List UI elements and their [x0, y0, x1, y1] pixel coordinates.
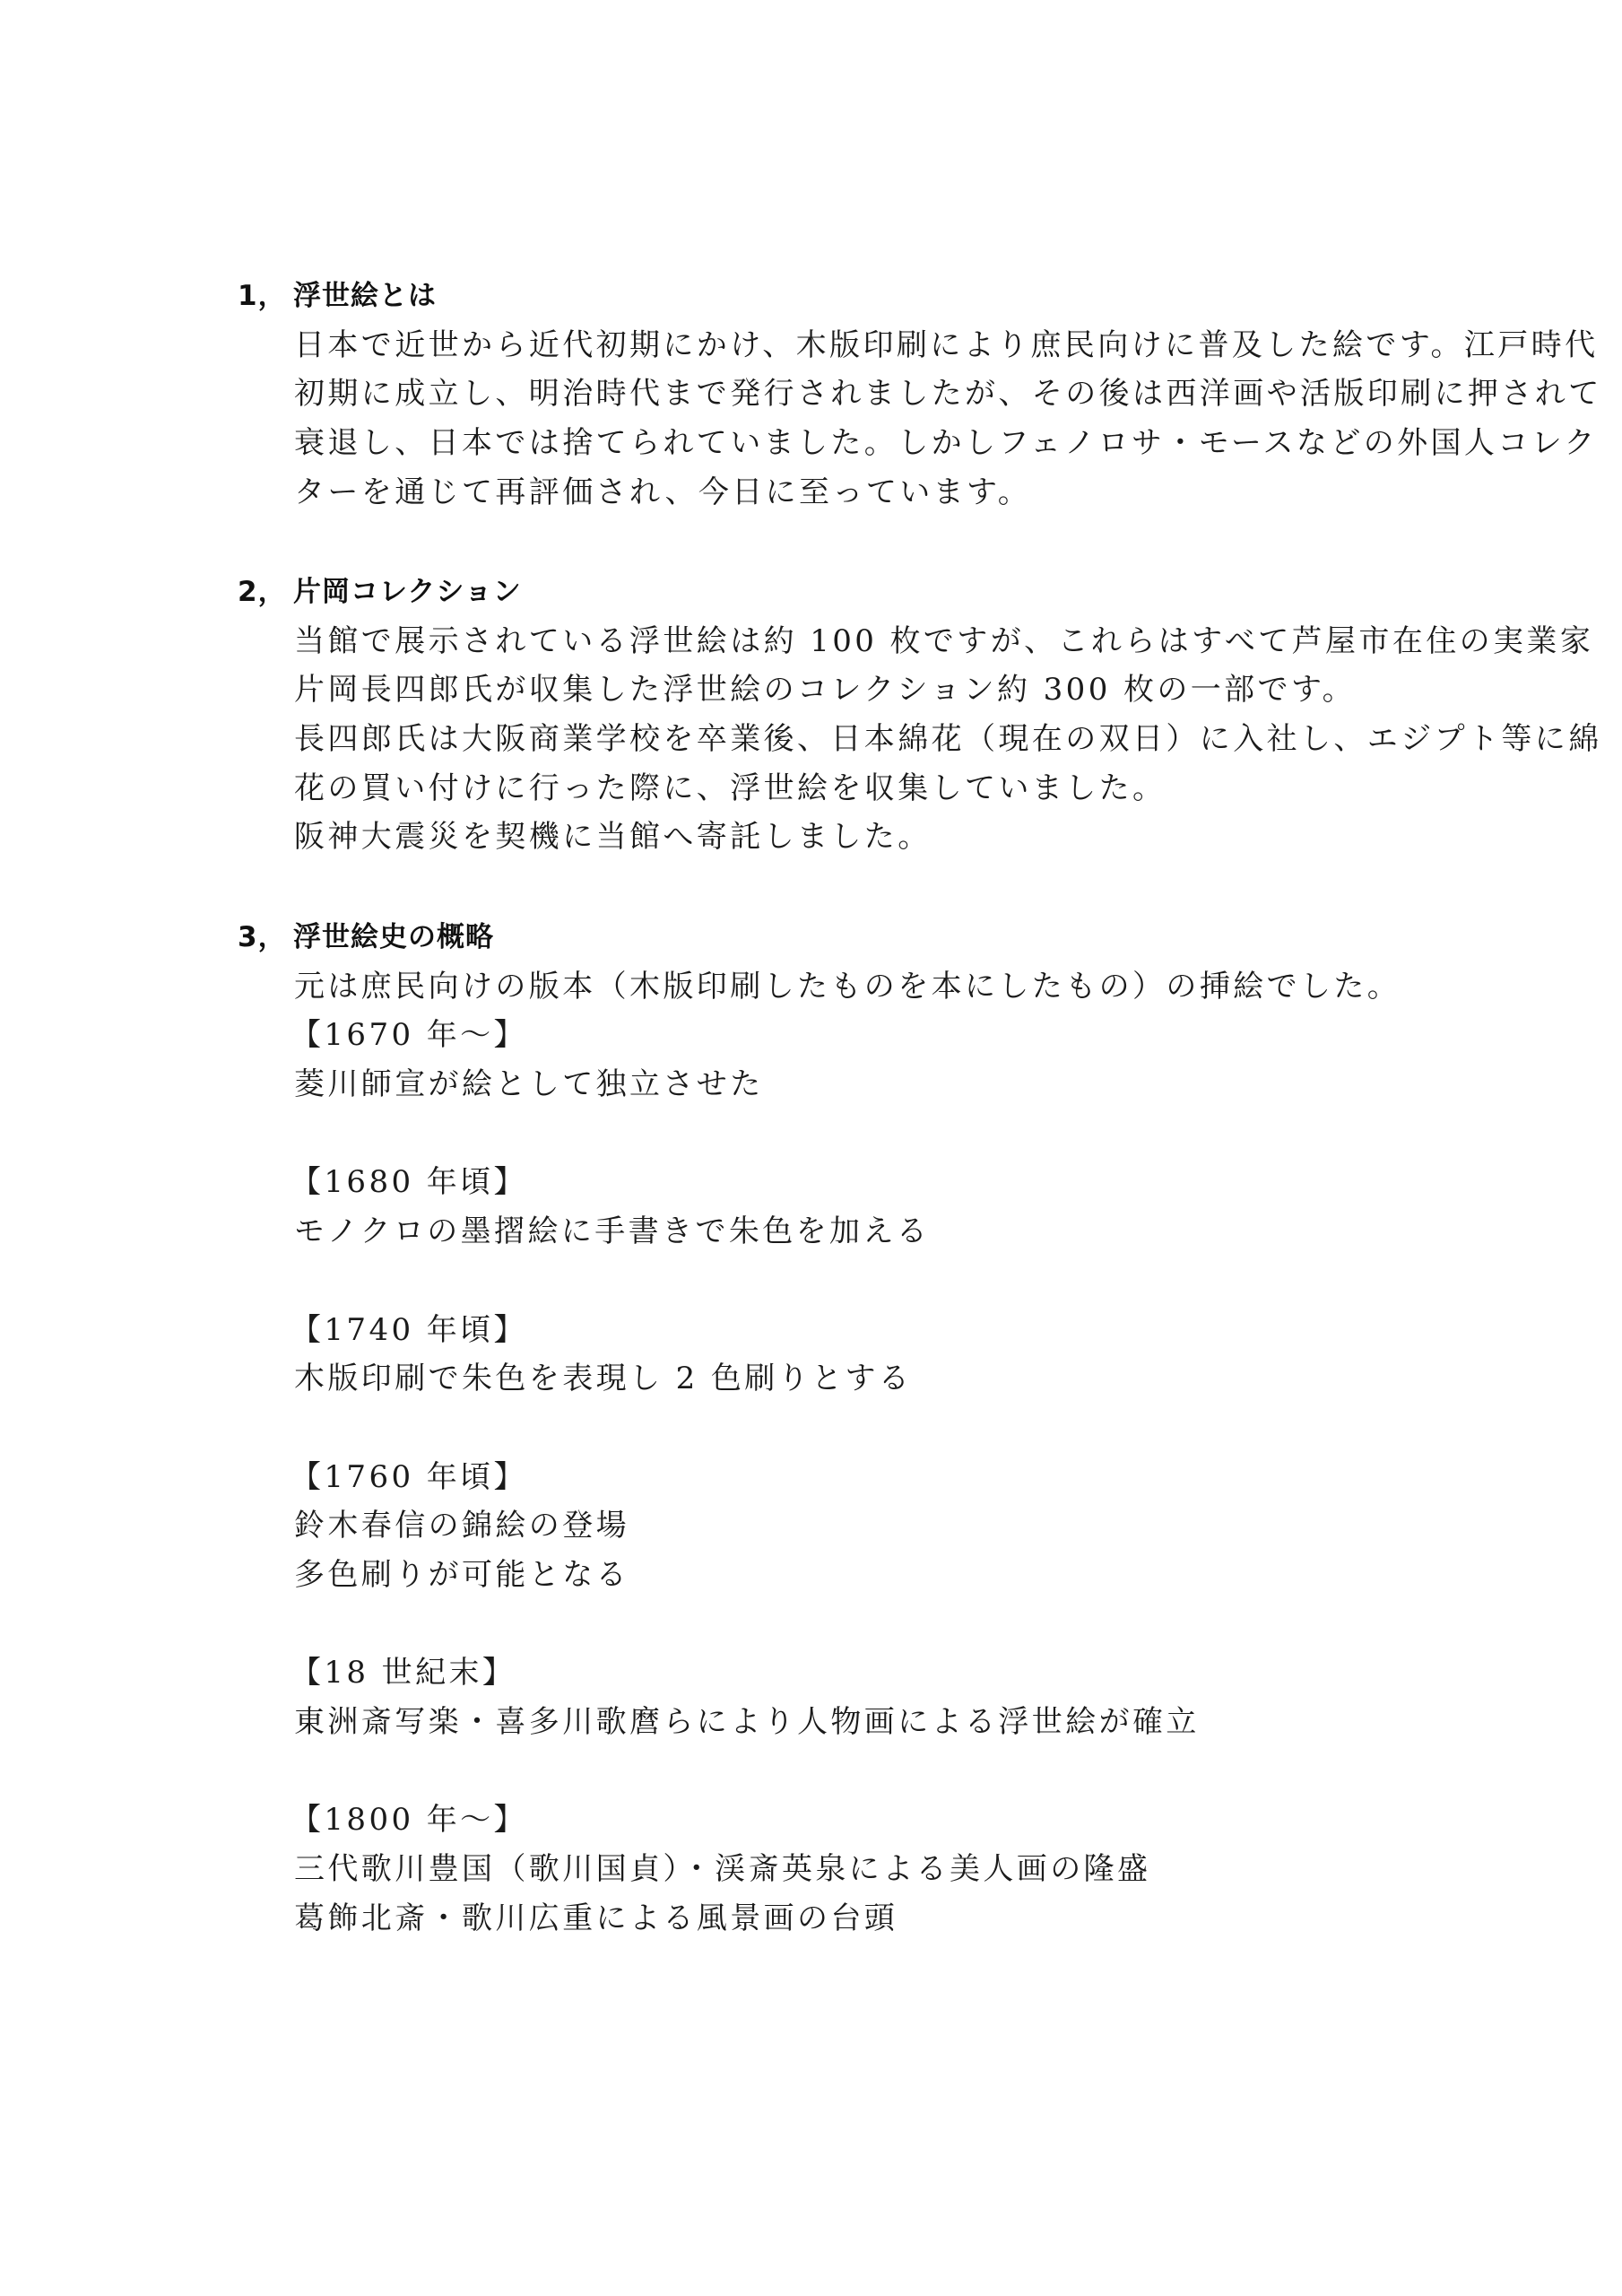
paragraph-line: 衰退し、日本では捨てられていました。しかしフェノロサ・モースなどの外国人コレク: [294, 419, 1392, 468]
timeline-era: 【1740 年頃】: [291, 1306, 1392, 1355]
timeline-event: 三代歌川豊国（歌川国貞）・渓斎英泉による美人画の隆盛: [294, 1845, 1392, 1894]
paragraph-line: 片岡長四郎氏が収集した浮世絵のコレクション約 300 枚の一部です。: [294, 665, 1392, 715]
paragraph-line: 花の買い付けに行った際に、浮世絵を収集していました。: [294, 764, 1392, 813]
paragraph-line: 阪神大震災を契機に当館へ寄託しました。: [294, 813, 1392, 862]
timeline-era: 【1800 年～】: [291, 1796, 1392, 1845]
spacer: [294, 1600, 1392, 1649]
timeline-event: 木版印刷で朱色を表現し 2 色刷りとする: [294, 1354, 1392, 1404]
paragraph-line: ターを通じて再評価され、今日に至っています。: [294, 468, 1392, 517]
section-number: 3，: [238, 913, 293, 962]
spacer: [294, 1109, 1392, 1159]
timeline-entry: 【18 世紀末】 東洲斎写楽・喜多川歌麿らにより人物画による浮世絵が確立: [294, 1648, 1392, 1746]
timeline-entry: 【1800 年～】 三代歌川豊国（歌川国貞）・渓斎英泉による美人画の隆盛 葛飾北…: [294, 1796, 1392, 1943]
paragraph-line: 当館で展示されている浮世絵は約 100 枚ですが、これらはすべて芦屋市在住の実業…: [294, 617, 1392, 666]
section-body: 当館で展示されている浮世絵は約 100 枚ですが、これらはすべて芦屋市在住の実業…: [294, 617, 1392, 862]
section-heading: 1，浮世絵とは: [238, 272, 1403, 321]
timeline-event: モノクロの墨摺絵に手書きで朱色を加える: [294, 1207, 1392, 1257]
intro-line: 元は庶民向けの版本（木版印刷したものを本にしたもの）の挿絵でした。: [294, 962, 1392, 1012]
timeline-entry: 【1680 年頃】 モノクロの墨摺絵に手書きで朱色を加える: [294, 1158, 1392, 1256]
section-body: 元は庶民向けの版本（木版印刷したものを本にしたもの）の挿絵でした。 【1670 …: [294, 962, 1392, 1944]
section-kataoka-collection: 2，片岡コレクション 当館で展示されている浮世絵は約 100 枚ですが、これらは…: [238, 568, 1403, 862]
section-title: 片岡コレクション: [293, 576, 522, 608]
paragraph-line: 長四郎氏は大阪商業学校を卒業後、日本綿花（現在の双日）に入社し、エジプト等に綿: [294, 715, 1392, 764]
section-heading: 2，片岡コレクション: [238, 568, 1403, 617]
spacer: [294, 1404, 1392, 1453]
section-number: 2，: [238, 568, 293, 617]
paragraph-line: 初期に成立し、明治時代まで発行されましたが、その後は西洋画や活版印刷に押されて: [294, 370, 1392, 419]
spacer: [294, 1747, 1392, 1796]
timeline-era: 【1680 年頃】: [291, 1158, 1392, 1207]
timeline-entry: 【1670 年～】 菱川師宣が絵として独立させた: [294, 1011, 1392, 1109]
section-number: 1，: [238, 272, 293, 321]
section-ukiyoe-history: 3，浮世絵史の概略 元は庶民向けの版本（木版印刷したものを本にしたもの）の挿絵で…: [238, 913, 1403, 1943]
timeline-entry: 【1740 年頃】 木版印刷で朱色を表現し 2 色刷りとする: [294, 1306, 1392, 1404]
section-title: 浮世絵とは: [293, 280, 437, 312]
spacer: [294, 1257, 1392, 1306]
document-page: 1，浮世絵とは 日本で近世から近代初期にかけ、木版印刷により庶民向けに普及した絵…: [0, 0, 1622, 2296]
timeline-event: 葛飾北斎・歌川広重による風景画の台頭: [294, 1894, 1392, 1944]
section-body: 日本で近世から近代初期にかけ、木版印刷により庶民向けに普及した絵です。江戸時代 …: [294, 321, 1392, 517]
timeline-event: 多色刷りが可能となる: [294, 1551, 1392, 1600]
timeline-era: 【18 世紀末】: [291, 1648, 1392, 1698]
section-what-is-ukiyoe: 1，浮世絵とは 日本で近世から近代初期にかけ、木版印刷により庶民向けに普及した絵…: [238, 272, 1403, 517]
timeline-event: 鈴木春信の錦絵の登場: [294, 1501, 1392, 1551]
timeline-event: 菱川師宣が絵として独立させた: [294, 1060, 1392, 1109]
paragraph-line: 日本で近世から近代初期にかけ、木版印刷により庶民向けに普及した絵です。江戸時代: [294, 321, 1392, 370]
section-title: 浮世絵史の概略: [293, 921, 494, 953]
timeline-event: 東洲斎写楽・喜多川歌麿らにより人物画による浮世絵が確立: [294, 1698, 1392, 1747]
section-heading: 3，浮世絵史の概略: [238, 913, 1403, 962]
timeline-era: 【1670 年～】: [291, 1011, 1392, 1060]
timeline-entry: 【1760 年頃】 鈴木春信の錦絵の登場 多色刷りが可能となる: [294, 1453, 1392, 1600]
timeline-era: 【1760 年頃】: [291, 1453, 1392, 1502]
